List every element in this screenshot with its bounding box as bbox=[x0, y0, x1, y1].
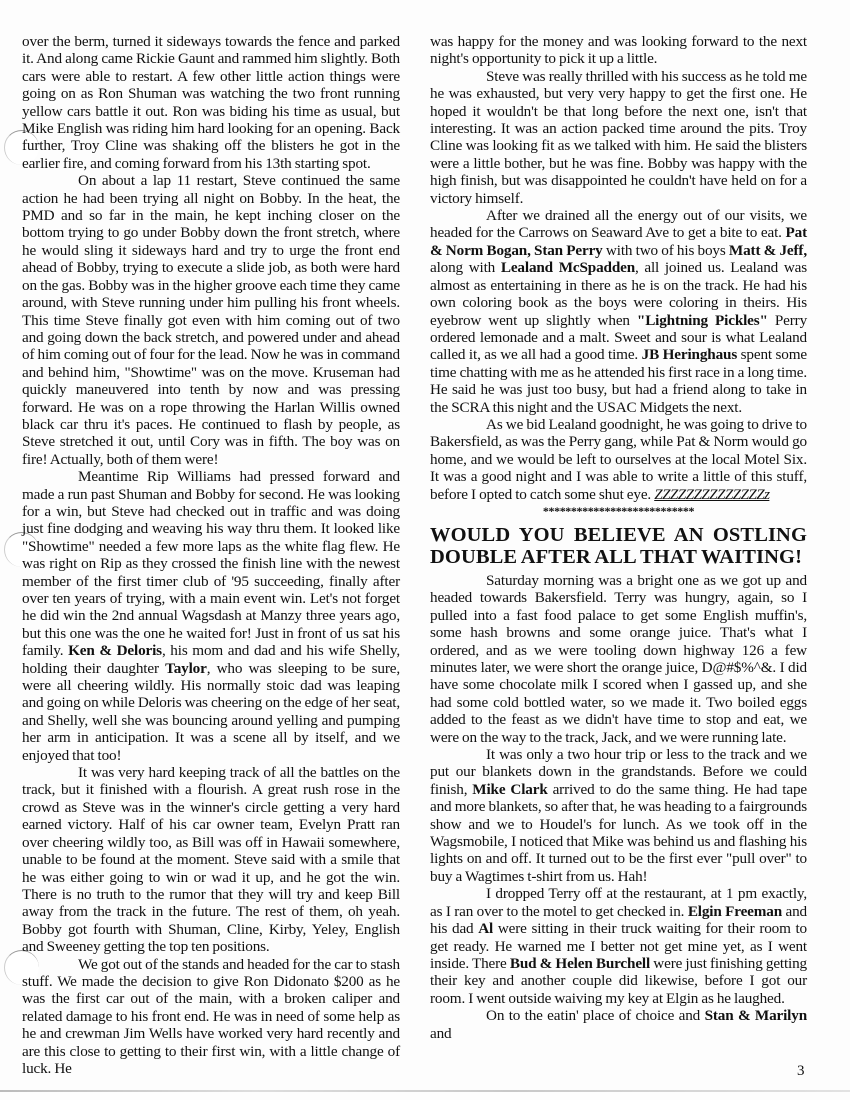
paragraph: I dropped Terry off at the restaurant, a… bbox=[430, 885, 807, 1007]
bold-name: Ken & Deloris bbox=[68, 642, 162, 659]
paragraph: After we drained all the energy out of o… bbox=[430, 207, 807, 416]
bold-name: Al bbox=[478, 920, 493, 937]
bold-name: "Lightning Pickles" bbox=[637, 312, 768, 329]
bold-name: Elgin Freeman bbox=[688, 903, 782, 920]
right-column: was happy for the money and was looking … bbox=[430, 33, 807, 1042]
paragraph: Steve was really thrilled with his succe… bbox=[430, 68, 807, 207]
paragraph: was happy for the money and was looking … bbox=[430, 33, 807, 68]
bold-name: Stan & Marilyn bbox=[705, 1007, 807, 1024]
paragraph: over the berm, turned it sideways toward… bbox=[22, 33, 400, 172]
paragraph: It was only a two hour trip or less to t… bbox=[430, 746, 807, 885]
paragraph: It was very hard keeping track of all th… bbox=[22, 764, 400, 955]
bold-name: Bud & Helen Burchell bbox=[510, 955, 650, 972]
paragraph: We got out of the stands and headed for … bbox=[22, 956, 400, 1078]
section-separator: *************************** bbox=[430, 504, 807, 518]
paragraph: On to the eatin' place of choice and Sta… bbox=[430, 1007, 807, 1042]
bold-name: Lealand McSpadden bbox=[501, 259, 635, 276]
newsletter-page: over the berm, turned it sideways toward… bbox=[0, 0, 850, 1100]
paragraph: Meantime Rip Williams had pressed forwar… bbox=[22, 468, 400, 764]
bold-name: Taylor bbox=[165, 660, 207, 677]
paragraph: As we bid Lealand goodnight, he was goin… bbox=[430, 416, 807, 503]
bold-name: Matt & Jeff, bbox=[729, 242, 807, 259]
bold-name: Mike Clark bbox=[472, 781, 547, 798]
paragraph: On about a lap 11 restart, Steve continu… bbox=[22, 172, 400, 468]
page-number: 3 bbox=[797, 1063, 805, 1080]
bold-name: JB Heringhaus bbox=[642, 346, 737, 363]
snore-text: ZZZZZZZZZZZZZZz bbox=[654, 486, 769, 503]
section-headline: WOULD YOU BELIEVE AN OSTLING DOUBLE AFTE… bbox=[430, 524, 807, 568]
paragraph: Saturday morning was a bright one as we … bbox=[430, 572, 807, 746]
left-column: over the berm, turned it sideways toward… bbox=[22, 33, 400, 1077]
bottom-rule bbox=[0, 1090, 850, 1092]
